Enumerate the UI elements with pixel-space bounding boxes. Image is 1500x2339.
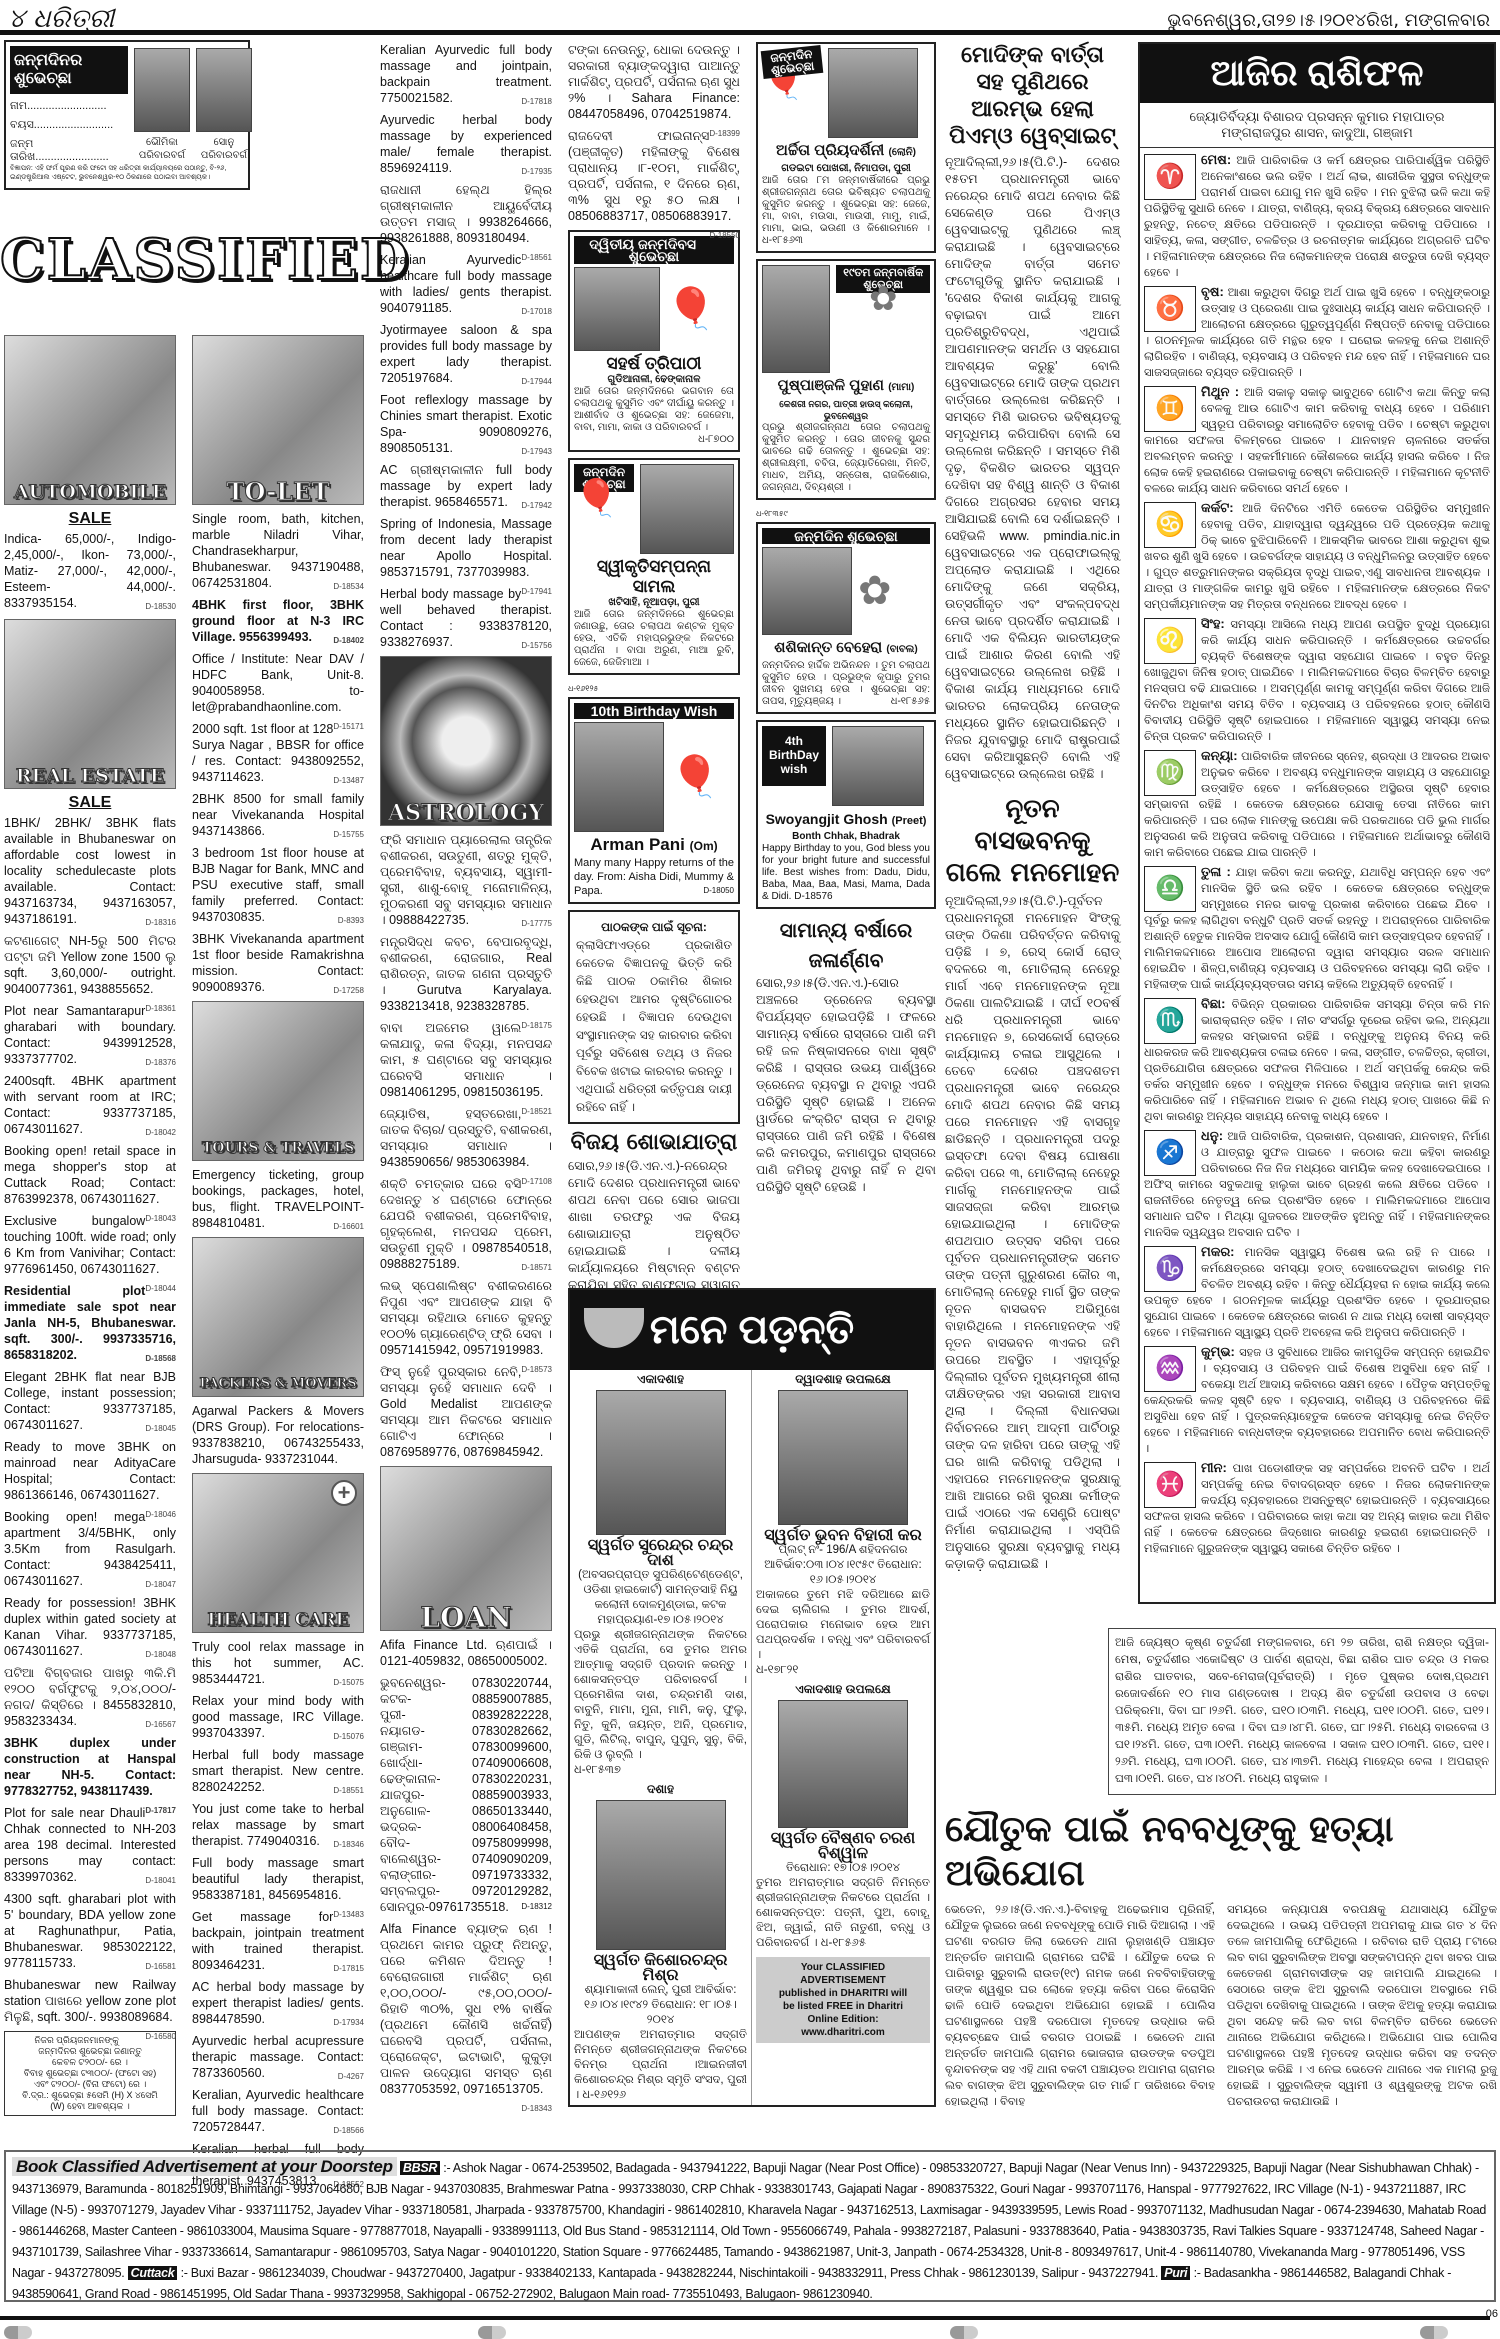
classified-ad: 3 bedroom 1st floor house at BJB Nagar f…	[192, 845, 364, 925]
classified-ad: 3BHK Vivekananda apartment 1st floor bes…	[192, 931, 364, 995]
classified-ad: Emergency ticketing, group bookings, pac…	[192, 1167, 364, 1231]
cancer-icon: ♋	[1144, 502, 1196, 548]
cuttack-agent-list: :- Buxi Bazar - 9861234039, Choudwar - 9…	[181, 2266, 1158, 2280]
reader-notice: ପାଠକଙ୍କ ପାଇଁ ସୂଚନା: କ୍ଲାସିଫାଏଡ୍‌ରେ ପ୍ରକା…	[568, 910, 740, 1124]
birthday-wish-card: ଦ୍ୱିତୀୟ ଜନ୍ମଦିବସ ଶୁଭେଚ୍ଛା 🎈 ସହର୍ଷ ତ୍ରିପା…	[568, 230, 740, 452]
flowers-icon: ✿	[836, 293, 930, 305]
obituary: ଦଶାହ ସ୍ୱର୍ଗତ କିଶୋରଚନ୍ଦ୍ର ମିଶ୍ର ଶ୍ୟାମାକାଳ…	[570, 1780, 751, 2105]
classified-ad: 4300 sqft. gharabari plot with 5' bounda…	[4, 1891, 176, 1971]
health-care-banner-label: HEALTH CARE	[193, 1612, 363, 1628]
automobile-sale-heading: SALE	[4, 511, 176, 527]
virgo-icon: ♍	[1144, 750, 1196, 796]
classified-ad: ଟଙ୍କା ନେଉନ୍ତୁ, ଧୋକା ଦେଉନ୍ତୁ । ସରକାରୀ ବ୍ୟ…	[568, 42, 740, 122]
tours-banner-label: TOURS & TRAVELS	[193, 1140, 363, 1156]
city-label-bbsr: BBSR	[400, 2161, 440, 2175]
real-estate-sale-heading: SALE	[4, 795, 176, 811]
astrologer-name: ଜ୍ୟୋତିର୍ବିଦ୍ୟା ବିଶାରଦ ପ୍ରସନ୍ନ କୁମାର ମହାପ…	[1140, 109, 1494, 125]
column-massage-astrology-loan: Keralian Ayurvedic full body massage and…	[380, 42, 552, 2117]
photo1-name: ଭୌମିକା	[132, 136, 192, 149]
photo2-name: ସୋନୁ	[194, 136, 254, 149]
to-let-banner: TO-LET	[192, 335, 364, 505]
classified-ad: Elegant 2BHK flat near BJB College, inst…	[4, 1369, 176, 1433]
classified-ad: Foot reflexlogy massage by Chinies smart…	[380, 392, 552, 456]
classified-ad: Relax your mind body with good massage, …	[192, 1693, 364, 1741]
scorpio-icon: ♏	[1144, 998, 1196, 1044]
capricorn-icon: ♑	[1144, 1246, 1196, 1292]
classified-ad: Bhubaneswar new Railway station ପାଖରେ ye…	[4, 1977, 176, 2025]
classified-ad: 2BHK 8500 for small family near Vivekana…	[192, 791, 364, 839]
bbsr-agent-list: :- Ashok Nagar - 0674-2539502, Badagada …	[12, 2161, 1486, 2280]
child-photo	[574, 267, 660, 351]
obituary-photo	[778, 1390, 908, 1525]
birthday-wish-card: ଜନ୍ମଦିନ ଶୁଭେଚ୍ଛା🎈 ଅର୍ଚ୍ଚିତା ପ୍ରିୟଦର୍ଶିନୀ…	[756, 42, 936, 253]
plus-icon: +	[331, 1480, 357, 1506]
registration-mark-icon	[950, 2326, 978, 2339]
pisces-icon: ♓	[1144, 1462, 1196, 1508]
rashi-entry: ♏ବିଛା: ବିଭିନ୍ନ ପ୍ରକାରର ପାରିବାରିକ ସମସ୍ୟା …	[1144, 996, 1490, 1125]
classified-ad: Keralian, Ayurvedic healthcare full body…	[192, 2087, 364, 2135]
automobile-banner: AUTOMOBILE	[4, 335, 176, 505]
news-vijay: ବିଜୟ ଶୋଭାଯାତ୍ରା ସୋର,୨୬।୫(ଡି.ଏନ.ଏ.)-ନରେନ୍…	[568, 1128, 740, 1311]
classified-ad: ଫିସ୍ ନୁହେଁ ପୁରସ୍କାର ନେବି, ସମସ୍ୟା ନୁହେଁ ସ…	[380, 1364, 552, 1460]
rashi-entry: ♒କୁମ୍ଭ: ସହଜ ଓ ସୁବିଧାରେ ଆଜିର କାମଗୁଡିକ ସମ୍…	[1144, 1344, 1490, 1457]
classified-ad: 1BHK/ 2BHK/ 3BHK flats available in Bhub…	[4, 815, 176, 927]
birthday-wish-card: ଜନ୍ମଦିନ ଶୁଭେଚ୍ଛା🎈 ସ୍ୱୀକୃତିସମ୍ପନ୍ନା ସାମଲ …	[568, 458, 740, 675]
aries-icon: ♈	[1144, 154, 1196, 200]
classified-ad: Ready for possession! 3BHK duplex within…	[4, 1595, 176, 1659]
loan-banner: LOAN	[380, 1466, 552, 1631]
photo1-from: ପରିବାରବର୍ଗ	[132, 149, 192, 162]
classified-ad: Herbal full body massage smart therapist…	[192, 1747, 364, 1795]
dateline: ଭୁବନେଶ୍ୱର,ତା୨୭।୫।୨୦୧୪ରିଖ, ମଙ୍ଗଳବାର	[1167, 10, 1490, 31]
balloons-icon: 🎈	[666, 267, 716, 351]
child-photo	[640, 464, 734, 554]
classified-ad: AC ଗ୍ରୀଷ୍ମକାଳୀନ full body massage by exp…	[380, 462, 552, 510]
news-jalarnab: ସାମାନ୍ୟ ବର୍ଷାରେ ଜଳାର୍ଣ୍ଣବ ସୋର,୨୬।୫(ଡି.ଏନ…	[756, 915, 936, 1196]
column-wishes-2: ଜନ୍ମଦିନ ଶୁଭେଚ୍ଛା🎈 ଅର୍ଚ୍ଚିତା ପ୍ରିୟଦର୍ଶିନୀ…	[756, 42, 936, 1196]
loan-branch-list: ଭୁବନେଶ୍ୱର-07830220744, କଟକ-08859007885, …	[380, 1675, 552, 1915]
news-dowry: ଯୌତୁକ ପାଇଁ ନବବଧୂଙ୍କୁ ହତ୍ୟା ଅଭିଯୋଗ ଭେଡେନ,…	[945, 1808, 1497, 2110]
classified-ad: Agarwal Packers & Movers (DRS Group). Fo…	[192, 1403, 364, 1467]
health-care-banner: + HEALTH CARE	[192, 1473, 364, 1633]
classified-ad: Single room, bath, kitchen, marble Nilad…	[192, 511, 364, 591]
classified-ad: ଲଭ୍ ସ୍ପେଶାଲିଷ୍ଟ ବଶୀକରଣରେ ନିପୁଣ ଏବଂ ଆପଣଙ୍…	[380, 1278, 552, 1358]
classified-ad: Afifa Finance Ltd. ଋଣପାଇଁ । 0121-4059832…	[380, 1637, 552, 1669]
automobile-banner-label: AUTOMOBILE	[5, 484, 175, 500]
balloons-icon: 🎈	[574, 492, 634, 504]
obituary: ଏକାଦଶାହ ସ୍ୱର୍ଗତ ସୁରେନ୍ଦ୍ର ଚନ୍ଦ୍ର ଦାଶ (ଅବ…	[570, 1370, 751, 1780]
panjika-box: ଆଜି ଜ୍ୟେଷ୍ଠ କୃଷ୍ଣ ଚତୁର୍ଦ୍ଦଶୀ ମଙ୍ଗଳବାର, ମ…	[1108, 1628, 1496, 1795]
obituary-photo	[778, 1700, 908, 1828]
registration-mark-icon	[1420, 2326, 1448, 2339]
rashi-entry: ♈ମେଷ: ଆଜି ପାରିବାରିକ ଓ କର୍ମ କ୍ଷେତ୍ରର ପାରି…	[1144, 152, 1490, 281]
child-photo	[828, 48, 918, 138]
balloons-icon: 🎈	[670, 722, 720, 832]
loan-banner-label: LOAN	[381, 1610, 551, 1626]
classified-ad: Alfa Finance ବ୍ୟାଙ୍କ ଋଣ !ପ୍ରଥମେ କାମର ପ୍ର…	[380, 1921, 552, 2097]
rashi-entry: ♌ସିଂହ: ସମସ୍ୟା ଆସିଲେ ମଧ୍ୟ ଆପଣ ଉପସ୍ଥିତ ବୁଦ…	[1144, 616, 1490, 745]
city-label-cuttack: Cuttack	[128, 2266, 178, 2280]
city-label-puri: Puri	[1161, 2266, 1190, 2280]
classified-ad: Ready to move 3BHK on mainroad near Adit…	[4, 1439, 176, 1503]
classified-ad: ପଟିଆ ବିଗ୍‌ବଜାର ପାଖରୁ ୩କି.ମି ୧୨୦୦ ବର୍ଗଫୁଟ…	[4, 1665, 176, 1729]
registration-mark-icon	[4, 2326, 32, 2339]
rashi-entry: ♊ମିଥୁନ : ଆଜି ସକାଳୁ ସକାଳୁ ଭାବୁଥିବେ ଗୋଟିଏ …	[1144, 384, 1490, 497]
birthday-wish-card: 4th BirthDay wish Swoyangjit Ghosh (Pree…	[756, 720, 936, 909]
classified-ad: 4BHK first floor, 3BHK ground floor at N…	[192, 597, 364, 645]
classified-ad: Spring of Indonesia, Massage from decent…	[380, 516, 552, 580]
classified-ad: ରାଜଦେବୀ ଫାଇନାନ୍ସ (ପଞ୍ଜୀକୃତ) ମହିଳାଙ୍କୁ ବି…	[568, 128, 740, 224]
obituary: ଏକାଦଶାହ ଉପଲକ୍ଷେ ସ୍ୱର୍ଗତ ବୈଷ୍ଣବ ଚରଣ ବିଶ୍ୱ…	[752, 1680, 934, 1953]
classified-ad: Ayurvedic herbal body massage by experie…	[380, 112, 552, 176]
rashi-entry: ♑ମକର: ମାନସିକ ସ୍ୱାସ୍ଥ୍ୟ ବିଶେଷ ଭଲ ରହି ନ ପା…	[1144, 1244, 1490, 1341]
astrologer-address: ମଙ୍ଗରାଜପୁର ଶାସନ, କାଦୁଆ, ଗଞ୍ଜାମ	[1140, 125, 1494, 141]
classified-ad: 2400sqft. 4BHK apartment with servant ro…	[4, 1073, 176, 1137]
column-finance-wishes: ଟଙ୍କା ନେଉନ୍ତୁ, ଧୋକା ଦେଉନ୍ତୁ । ସରକାରୀ ବ୍ୟ…	[568, 42, 740, 1311]
classified-ad: 3BHK duplex under construction at Hanspa…	[4, 1735, 176, 1799]
rashi-entry: ♋କର୍କଟ: ଆଜି ଦିନଟିରେ ଏମିତି କେତେକ ପରିସ୍ଥିତ…	[1144, 500, 1490, 613]
top-rule	[0, 30, 1500, 35]
form-field-dob[interactable]: ଜନ୍ମ ତାରିଖ........................	[10, 138, 130, 164]
packers-banner-label: PACKERS & MOVERS	[193, 1376, 363, 1392]
birthday-form-note: ବିଜ୍ଞାପନ: ଏହି ଫର୍ମ ପୂରଣ କରି ଫଟୋ ସହ ଧରିତ୍…	[10, 164, 248, 182]
classified-ad: ରାଜଧାନୀ ହେଲ୍‌ଥ ହିଲ୍‌ର ଗ୍ରୀଷ୍ମକାଳୀନ ଆୟୁର୍…	[380, 182, 552, 246]
news-pmo: ମୋଦିଙ୍କ ବାର୍ତ୍ତା ସହ ପୁଣିଥରେ ଆରମ୍ଭ ହେଲା ପ…	[945, 42, 1120, 1573]
obituary: ଦ୍ୱାଦଶାହ ଉପଲକ୍ଷେ ସ୍ୱର୍ଗତ ଭୁବନ ବିହାରୀ କର …	[752, 1370, 934, 1680]
person-photo	[762, 265, 830, 373]
birthday-wish-card: ଜନ୍ମଦିନ ଶୁଭେଚ୍ଛା ✿ ଶଶିକାନ୍ତ ବେହେରା (ବାବଲ…	[756, 522, 936, 714]
astrology-banner: ASTROLOGY	[380, 656, 552, 826]
birthday-wish-card: 10th Birthday Wish 🎈 Arman Pani (Om) Man…	[568, 697, 740, 904]
rashi-entry: ♍କନ୍ୟା: ପାରିବାରିକ ଜୀବନରେ ସ୍ନେହ, ଶ୍ରଦ୍ଧା …	[1144, 748, 1490, 861]
classified-ad: ଶକ୍ତି ଚମତ୍କାର ଘରେ ବସି ଦେଖନ୍ତୁ ୪ ଘଣ୍ଟାରେ …	[380, 1176, 552, 1272]
obituary-photo	[596, 1390, 726, 1535]
page-number: 06	[1486, 2308, 1498, 2320]
classified-ad: Keralian Ayurvedic full body massage and…	[380, 42, 552, 106]
aquarius-icon: ♒	[1144, 1346, 1196, 1392]
photo-bhoumika	[134, 48, 190, 132]
rashi-entry: ♉ବୃଷ: ଆଶା କରୁଥିବା ଦିଗରୁ ଅର୍ଥ ପାଇ ଖୁସି ହେ…	[1144, 284, 1490, 381]
obituary-photo	[596, 1800, 726, 1950]
rashi-entry: ♓ମୀନ: ପାଖ ପଡୋଶୀଙ୍କ ସହ ସମ୍ପର୍କରେ ଅବନତି ଘଟ…	[1144, 1460, 1490, 1557]
lamp-icon	[584, 1308, 644, 1348]
astrology-banner-label: ASTROLOGY	[381, 805, 551, 821]
footer-headline: Book Classified Advertisement at your Do…	[12, 2157, 397, 2176]
form-field-age[interactable]: ବୟସ..........................	[10, 119, 130, 132]
horoscope-title: ଆଜିର ରାଶିଫଳ	[1140, 44, 1494, 103]
obituaries-header: ମନେ ପଡ଼ନ୍ତି	[570, 1290, 934, 1370]
flowers-icon: ✿	[858, 547, 892, 635]
real-estate-banner-label: REAL ESTATE	[5, 768, 175, 784]
classified-ad: Booking open! retail space in mega shopp…	[4, 1143, 176, 1207]
leo-icon: ♌	[1144, 618, 1196, 664]
birthday-form-title: ଜନ୍ମଦିନର ଶୁଭେଚ୍ଛା	[10, 46, 128, 94]
libra-icon: ♎	[1144, 866, 1196, 912]
packers-banner: PACKERS & MOVERS	[192, 1237, 364, 1397]
tours-banner: TOURS & TRAVELS	[192, 1001, 364, 1161]
classified-ad: Truly cool relax massage in this hot sum…	[192, 1639, 364, 1687]
photo2-from: ପରିବାରବର୍ଗ	[194, 149, 254, 162]
rashi-entry: ♐ଧନୁ: ଆଜି ପାରିବାରିକ, ପ୍ରକାଶନ, ପ୍ରଶାସନ, ଯ…	[1144, 1128, 1490, 1241]
classified-ad: ଫ୍ରି ସମାଧାନ ପ୍ୟାରେଲାଲ ତାନ୍ତ୍ରିକ ବଶୀକରଣ, …	[380, 832, 552, 928]
real-estate-banner: REAL ESTATE	[4, 619, 176, 789]
gemini-icon: ♊	[1144, 386, 1196, 432]
child-photo	[832, 726, 924, 806]
classified-ad: Full body massage smart beautiful lady t…	[192, 1855, 364, 1903]
classified-ad: You just come take to herbal relax massa…	[192, 1801, 364, 1849]
classified-ad: Ayurvedic herbal acupressure therapic ma…	[192, 2033, 364, 2081]
rashi-entry: ♎ତୁଳା : ଯାହା କରିବା କଥା କରନ୍ତୁ, ଯଥାବିଧି ସ…	[1144, 864, 1490, 993]
classified-ad: କଟଣାଗେଟ୍ NH-5ରୁ 500 ମିଟର ପଟ୍ଟା ଜମି Yello…	[4, 933, 176, 997]
obituaries-section: ମନେ ପଡ଼ନ୍ତି ଏକାଦଶାହ ସ୍ୱର୍ଗତ ସୁରେନ୍ଦ୍ର ଚନ…	[568, 1288, 936, 2107]
birthday-form: ଜନ୍ମଦିନର ଶୁଭେଚ୍ଛା ନାମ...................…	[4, 40, 250, 190]
classified-logo: CLASSIFIED	[0, 200, 365, 320]
photo-sonu	[196, 48, 252, 132]
classified-ad: Indica- 65,000/-, Indigo- 2,45,000/-, Ik…	[4, 531, 176, 611]
classified-ad: Jyotirmayee saloon & spa provides full b…	[380, 322, 552, 386]
classified-ad: Office / Institute: Near DAV / HDFC Bank…	[192, 651, 364, 715]
ad-code: ଧ-୧୮୩୫୯	[756, 506, 936, 522]
classified-ad: ମନ୍ତ୍ରସିଦ୍ଧ କବଚ, ବେପାରବୃଦ୍ଧି, ବଶୀକରଣ, ରୋ…	[380, 934, 552, 1014]
birthday-wish-card: ୧୯ତମ ଜନ୍ମବାର୍ଷିକ ଶୁଭେଚ୍ଛା✿ ପୁଷ୍ପାଞ୍ଜଳି ପ…	[756, 259, 936, 500]
to-let-banner-label: TO-LET	[193, 484, 363, 500]
ad-code: ଧ-୧୬୧୨୫	[568, 681, 740, 697]
online-edition-notice: Your CLASSIFIEDADVERTISEMENTpublished in…	[756, 1957, 930, 2043]
form-field-name[interactable]: ନାମ..........................	[10, 100, 130, 113]
sagittarius-icon: ♐	[1144, 1130, 1196, 1176]
registration-mark-icon	[478, 2326, 506, 2339]
child-photo	[574, 722, 664, 832]
person-photo	[762, 547, 852, 635]
horoscope-section: ଆଜିର ରାଶିଫଳ ଜ୍ୟୋତିର୍ବିଦ୍ୟା ବିଶାରଦ ପ୍ରସନ୍…	[1138, 42, 1496, 1604]
column-automobile-realestate: AUTOMOBILE SALE Indica- 65,000/-, Indigo…	[4, 335, 176, 2116]
classified-ad: AC herbal body massage by expert therapi…	[192, 1979, 364, 2027]
column-tolet-health: TO-LET Single room, bath, kitchen, marbl…	[192, 335, 364, 2195]
doorstep-booking-box: Book Classified Advertisement at your Do…	[4, 2150, 1496, 2302]
bottom-rule	[0, 2316, 1490, 2320]
taurus-icon: ♉	[1144, 286, 1196, 332]
